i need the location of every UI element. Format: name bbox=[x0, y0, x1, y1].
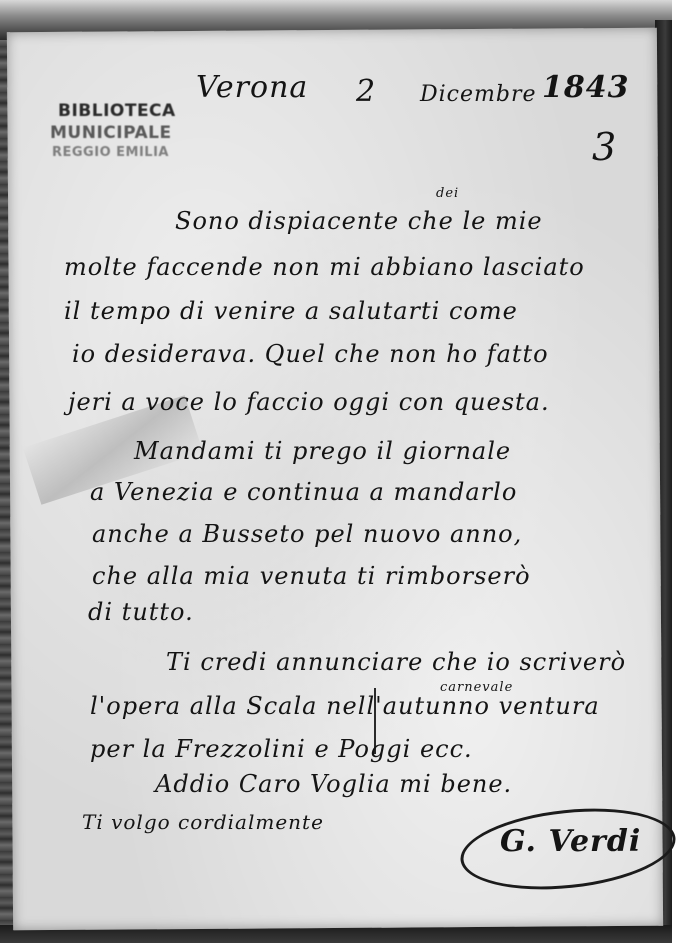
letter-line-11: Ti credi annunciare che io scriverò bbox=[166, 648, 626, 676]
letter-line-1: Sono dispiacente che le mie bbox=[175, 207, 543, 235]
letter-line-14: Addio Caro Voglia mi bene. bbox=[155, 770, 512, 798]
date-day: 2 bbox=[356, 74, 376, 109]
stamp-line-3: REGGIO EMILIA bbox=[50, 144, 200, 162]
letter-line-5: jeri a voce lo faccio oggi con questa. bbox=[68, 388, 550, 416]
letter-line-15: Ti volgo cordialmente bbox=[82, 810, 324, 834]
letter-line-10: di tutto. bbox=[88, 598, 194, 626]
letter-line-9: che alla mia venuta ti rimborserò bbox=[92, 562, 531, 590]
letter-line-6: Mandami ti prego il giornale bbox=[134, 437, 511, 465]
date-year: 1843 bbox=[542, 70, 630, 105]
insertion-dei: dei bbox=[436, 186, 459, 201]
page-number: 3 bbox=[592, 125, 617, 169]
letter-line-3: il tempo di venire a salutarti come bbox=[64, 297, 518, 325]
signature: G. Verdi bbox=[500, 824, 641, 859]
place: Verona bbox=[196, 70, 308, 105]
letter-line-2: molte faccende non mi abbiano lasciato bbox=[64, 253, 585, 281]
library-stamp: BIBLIOTECA MUNICIPALE REGGIO EMILIA bbox=[50, 100, 200, 162]
letter-line-7: a Venezia e continua a mandarlo bbox=[90, 478, 517, 506]
letter-line-8: anche a Busseto pel nuovo anno, bbox=[92, 520, 522, 548]
date-month: Dicembre bbox=[420, 82, 537, 107]
stamp-line-2: MUNICIPALE bbox=[50, 122, 200, 144]
letter-line-13: per la Frezzolini e Poggi ecc. bbox=[90, 735, 473, 763]
letter-line-4: io desiderava. Quel che non ho fatto bbox=[72, 340, 549, 368]
stamp-line-1: BIBLIOTECA bbox=[50, 100, 200, 122]
letter-line-12: l'opera alla Scala nell'autunno ventura bbox=[90, 692, 600, 720]
